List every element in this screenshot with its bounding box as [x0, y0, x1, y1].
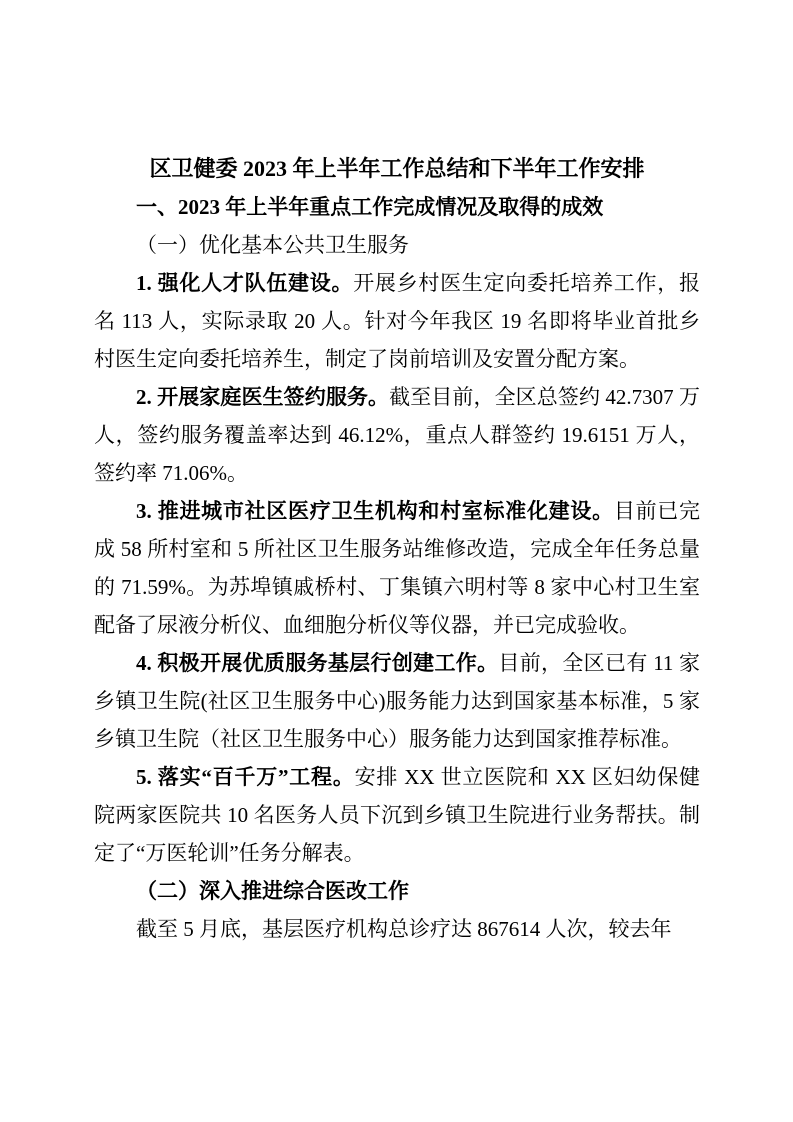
paragraph-2: 2. 开展家庭医生签约服务。截至目前，全区总签约 42.7307 万人，签约服务… [94, 378, 700, 492]
paragraph-5-lead: 5. 落实“百千万”工程。 [136, 765, 355, 789]
paragraph-1-lead: 1. 强化人才队伍建设。 [136, 271, 353, 295]
paragraph-4-lead: 4. 积极开展优质服务基层行创建工作。 [136, 651, 498, 675]
paragraph-3: 3. 推进城市社区医疗卫生机构和村室标准化建设。目前已完成 58 所村室和 5 … [94, 492, 700, 644]
document-title: 区卫健委 2023 年上半年工作总结和下半年工作安排 [94, 150, 700, 188]
paragraph-5: 5. 落实“百千万”工程。安排 XX 世立医院和 XX 区妇幼保健院两家医院共 … [94, 758, 700, 872]
document-content: 区卫健委 2023 年上半年工作总结和下半年工作安排 一、2023 年上半年重点… [94, 150, 700, 948]
paragraph-6-body: 截至 5 月底，基层医疗机构总诊疗达 867614 人次，较去年 [136, 917, 672, 941]
paragraph-2-lead: 2. 开展家庭医生签约服务。 [136, 385, 389, 409]
document-page: 区卫健委 2023 年上半年工作总结和下半年工作安排 一、2023 年上半年重点… [0, 0, 793, 1122]
subsection-heading-1: （一）优化基本公共卫生服务 [94, 226, 700, 264]
subsection-heading-2: （二）深入推进综合医改工作 [94, 872, 700, 910]
paragraph-3-lead: 3. 推进城市社区医疗卫生机构和村室标准化建设。 [136, 499, 614, 523]
paragraph-4: 4. 积极开展优质服务基层行创建工作。目前，全区已有 11 家乡镇卫生院(社区卫… [94, 644, 700, 758]
paragraph-1: 1. 强化人才队伍建设。开展乡村医生定向委托培养工作，报名 113 人，实际录取… [94, 264, 700, 378]
section-heading-1: 一、2023 年上半年重点工作完成情况及取得的成效 [94, 188, 700, 226]
paragraph-6: 截至 5 月底，基层医疗机构总诊疗达 867614 人次，较去年 [94, 910, 700, 948]
